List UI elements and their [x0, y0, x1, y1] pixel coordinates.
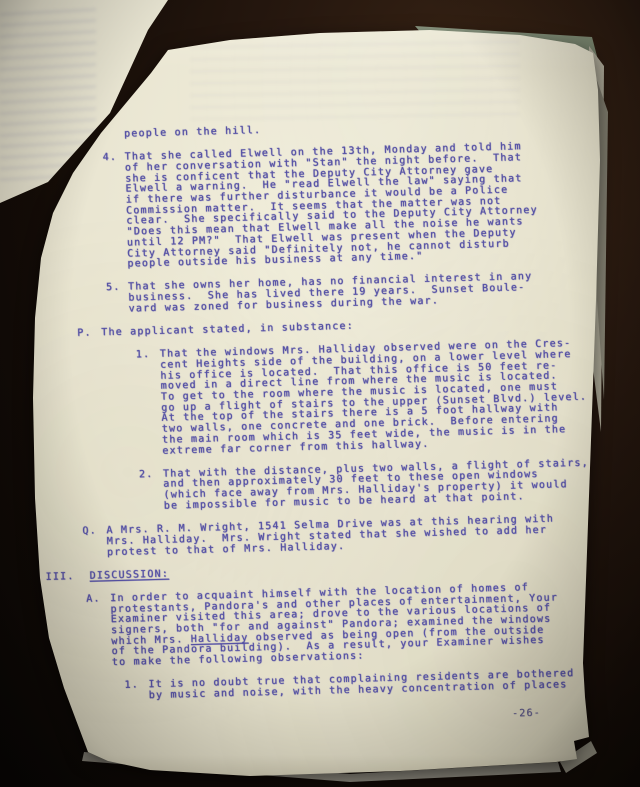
- item-4-text: That she called Elwell on the 13th, Mond…: [125, 141, 598, 271]
- item-5: 5. That she owns her home, has no financ…: [38, 271, 599, 318]
- item-a: A. In order to acquaint himself with the…: [46, 581, 608, 671]
- continuation-text: people on the hill.: [124, 126, 261, 140]
- section-iii-title: DISCUSSION:: [90, 558, 606, 582]
- item-p-2-text: That with the distance, plus two walls, …: [163, 458, 604, 512]
- section-iii-label: III.: [46, 571, 90, 583]
- item-5-label: 5.: [106, 283, 129, 316]
- item-a-1-label: 1.: [124, 681, 149, 703]
- typed-content: people on the hill. 4. That she called E…: [34, 117, 609, 717]
- item-p-1-label: 1.: [136, 350, 163, 458]
- page-number: -26-: [512, 708, 541, 720]
- item-q: Q. A Mrs. R. M. Wright, 1541 Selma Drive…: [44, 513, 605, 560]
- section-iii-heading: III. DISCUSSION:: [46, 558, 606, 583]
- continuation-line: people on the hill.: [34, 117, 594, 142]
- item-p-1-text: That the windows Mrs. Halliday observed …: [160, 339, 603, 458]
- item-4-label: 4.: [103, 153, 128, 271]
- item-5-text: That she owns her home, has no financial…: [128, 271, 599, 315]
- discussion-heading-underlined: DISCUSSION:: [89, 568, 169, 581]
- item-p-2-label: 2.: [139, 470, 164, 513]
- item-q-label: Q.: [82, 526, 107, 559]
- bleed-through-text-faint: [190, 40, 520, 120]
- item-q-text: A Mrs. R. M. Wright, 1541 Selma Drive wa…: [106, 513, 605, 558]
- photo-background: people on the hill. 4. That she called E…: [0, 0, 640, 787]
- item-a-1: 1. It is no doubt true that complaining …: [48, 668, 608, 704]
- item-4: 4. That she called Elwell on the 13th, M…: [35, 141, 598, 273]
- item-p: P. The applicant stated, in substance:: [39, 315, 599, 340]
- item-a-text: In order to acquaint himself with the lo…: [110, 581, 608, 669]
- item-a-label: A.: [86, 594, 112, 670]
- item-p-text: The applicant stated, in substance:: [101, 315, 599, 339]
- item-a-1-text: It is no doubt true that complaining res…: [148, 668, 608, 701]
- item-p-1: 1. That the windows Mrs. Halliday observ…: [40, 339, 603, 461]
- item-p-label: P.: [77, 328, 101, 339]
- item-p-2: 2. That with the distance, plus two wall…: [43, 458, 604, 515]
